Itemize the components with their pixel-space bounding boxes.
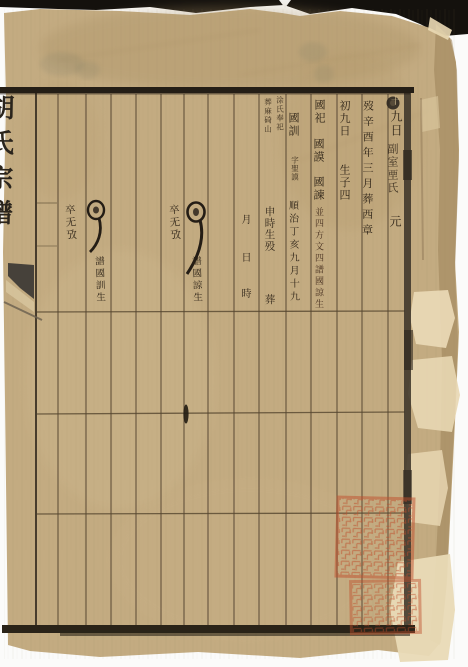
red-seal-upper xyxy=(336,497,414,578)
bleedthrough-smudge xyxy=(299,42,327,62)
birth-date: 順治丁亥九月十九 xyxy=(286,200,297,304)
column-death-date: 歿辛酉年三月葬西章 xyxy=(361,100,373,240)
blank-date-month: 月 xyxy=(239,214,249,224)
son-name-guoxun: 國訓 xyxy=(288,112,299,138)
bleedthrough-smudge xyxy=(314,65,334,83)
bleedthrough-smudge xyxy=(76,61,100,79)
blank-date-day: 日 xyxy=(239,252,249,262)
column-birthday: 初九日 xyxy=(339,100,350,138)
small-note-b: 葬麻碕山 xyxy=(264,98,272,134)
scanned-genealogy-page: 胡氏宗譜 十 九日 副室垔氏 元 歿辛酉年三月葬西章 初九日 生子四 國祀 國謨… xyxy=(0,0,468,667)
blank-date-hour: 時 xyxy=(239,288,249,298)
birth-time: 申時生殁 xyxy=(264,206,275,252)
column-sons-count: 生子四 xyxy=(339,164,350,202)
ink-blob xyxy=(183,405,188,424)
column-consort: 副室垔氏 xyxy=(387,143,398,195)
no-record-note: 卒无攷 xyxy=(168,204,180,242)
son-name: 國諫 xyxy=(313,176,324,202)
sons-note: 並四方文四譜國諒生 xyxy=(313,207,322,311)
adoption-note: 譜國諒生 xyxy=(190,256,201,304)
column-day: 九日 xyxy=(390,110,402,138)
column-yuan: 元 xyxy=(389,215,401,227)
small-note-a: 涂氏奉祀 xyxy=(276,96,284,132)
red-seal-lower xyxy=(351,580,421,633)
adoption-note: 譜國訓生 xyxy=(93,256,104,304)
stamp-char: 十 xyxy=(389,96,398,105)
no-record-note: 卒无攷 xyxy=(64,204,76,242)
guoxun-annotation: 字聖謨 xyxy=(291,156,299,182)
burial-char: 葬 xyxy=(264,294,275,305)
spine-title: 胡氏宗譜 xyxy=(0,94,12,234)
torn-patch xyxy=(410,290,455,348)
son-name: 國祀 xyxy=(314,99,325,125)
son-name: 國謨 xyxy=(313,138,324,164)
